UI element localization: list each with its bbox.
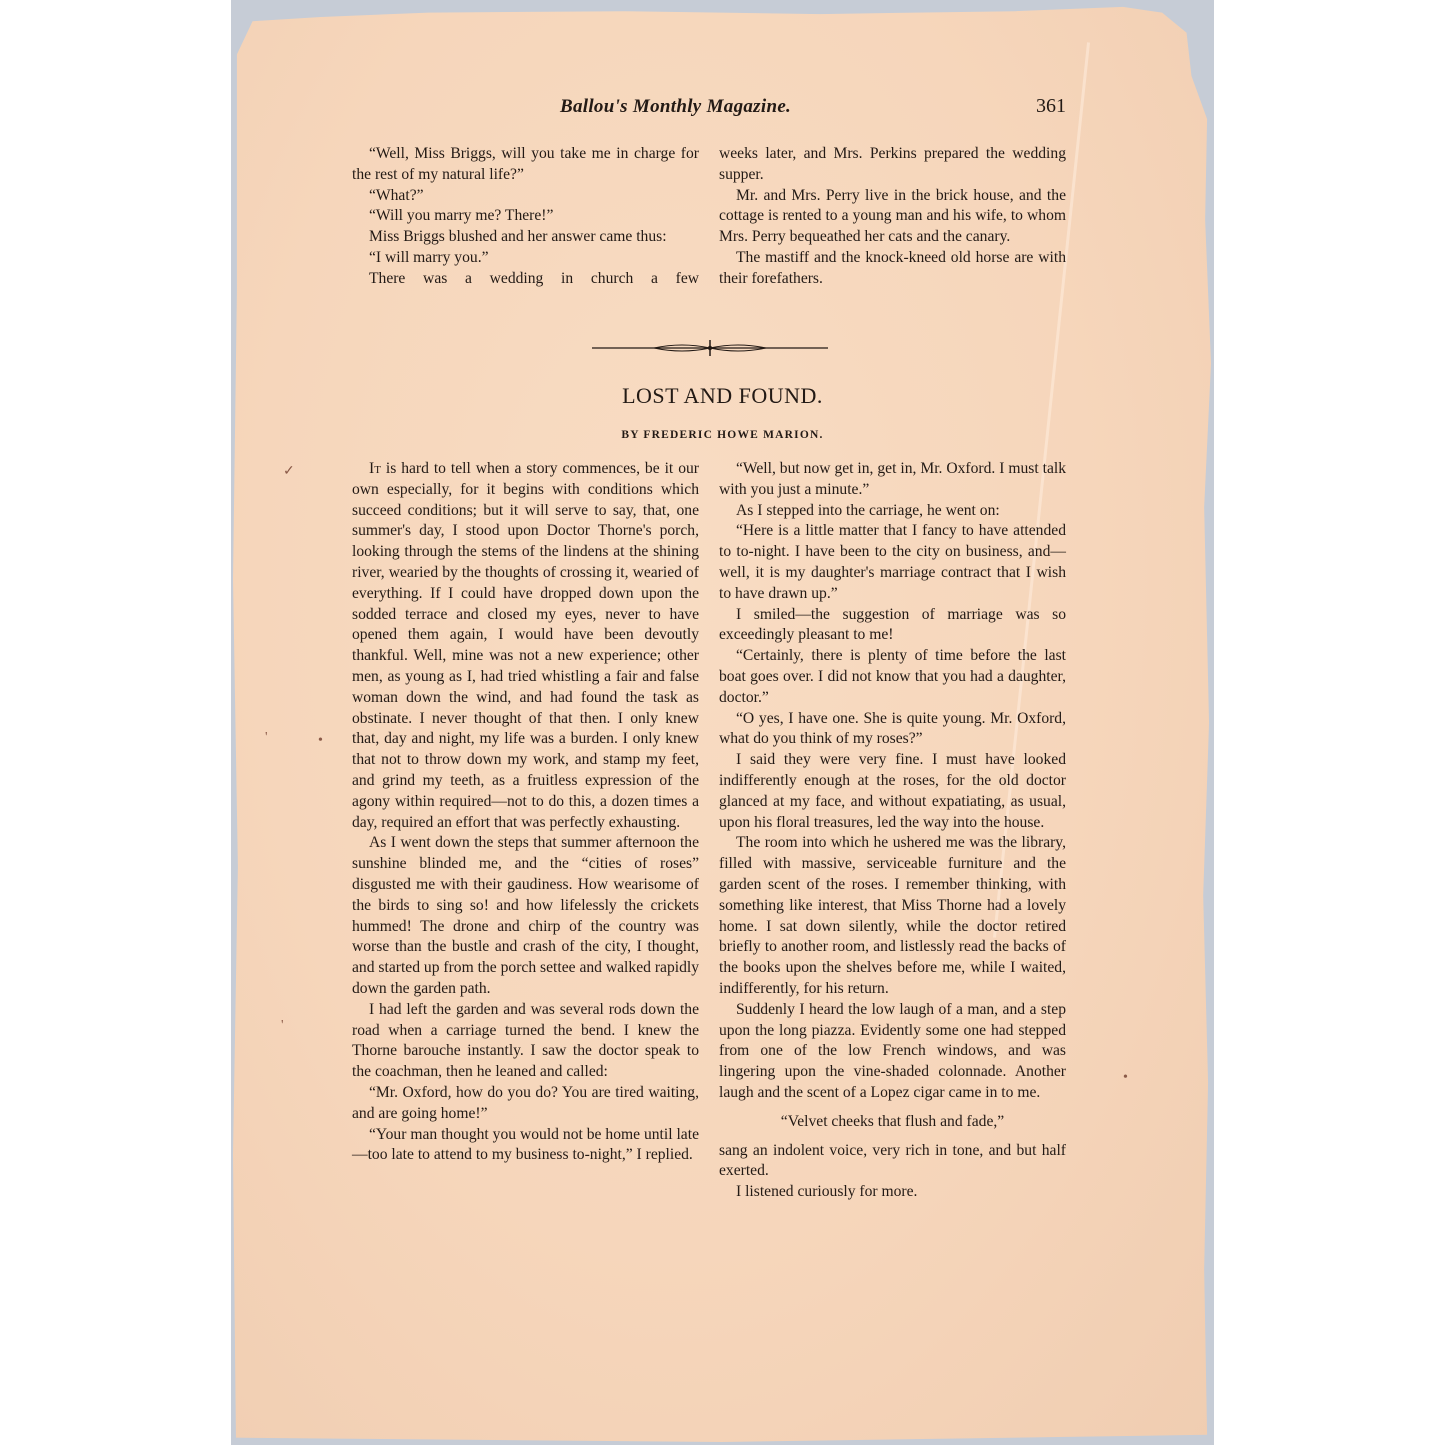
paragraph: sang an indolent voice, very rich in ton… bbox=[719, 1141, 1066, 1183]
previous-story-left-column: “Well, Miss Briggs, will you take me in … bbox=[352, 144, 699, 290]
paragraph: As I went down the steps that summer aft… bbox=[352, 833, 699, 999]
paragraph: “Well, Miss Briggs, will you take me in … bbox=[352, 144, 699, 186]
paragraph: “Well, but now get in, get in, Mr. Oxfor… bbox=[719, 459, 1066, 501]
running-title: Ballou's Monthly Magazine. bbox=[560, 96, 791, 118]
paragraph: The mastiff and the knock-kneed old hors… bbox=[719, 248, 1066, 290]
paragraph: I had left the garden and was several ro… bbox=[352, 1000, 699, 1083]
story-title: LOST AND FOUND. bbox=[0, 383, 1445, 409]
verse-line: “Velvet cheeks that flush and fade,” bbox=[719, 1112, 1066, 1133]
paragraph: “I will marry you.” bbox=[352, 248, 699, 269]
drop-word: It bbox=[369, 460, 381, 477]
page-number: 361 bbox=[1036, 95, 1066, 118]
paragraph: I smiled—the suggestion of marriage was … bbox=[719, 605, 1066, 647]
paragraph: “Here is a little matter that I fancy to… bbox=[719, 521, 1066, 604]
paragraph: The room into which he ushered me was th… bbox=[719, 833, 1066, 999]
paragraph: It is hard to tell when a story commence… bbox=[352, 459, 699, 833]
paragraph: “Mr. Oxford, how do you do? You are tire… bbox=[352, 1083, 699, 1125]
paragraph: “What?” bbox=[352, 186, 699, 207]
paragraph: “Your man thought you would not be home … bbox=[352, 1125, 699, 1167]
paragraph: I said they were very fine. I must have … bbox=[719, 750, 1066, 833]
margin-mark: ' bbox=[265, 730, 268, 746]
margin-mark: • bbox=[1123, 1070, 1128, 1086]
story-right-column: “Well, but now get in, get in, Mr. Oxfor… bbox=[719, 459, 1066, 1203]
paragraph: Miss Briggs blushed and her answer came … bbox=[352, 227, 699, 248]
previous-story-right-column: weeks later, and Mrs. Perkins prepared t… bbox=[719, 144, 1066, 290]
paragraph: Suddenly I heard the low laugh of a man,… bbox=[719, 1000, 1066, 1104]
paragraph: “O yes, I have one. She is quite young. … bbox=[719, 709, 1066, 751]
margin-mark: ✓ bbox=[283, 463, 295, 480]
story-left-column: It is hard to tell when a story commence… bbox=[352, 459, 699, 1166]
paragraph: “Certainly, there is plenty of time befo… bbox=[719, 646, 1066, 708]
paragraph: There was a wedding in church a few bbox=[352, 269, 699, 290]
paragraph: weeks later, and Mrs. Perkins prepared t… bbox=[719, 144, 1066, 186]
margin-mark: ' bbox=[281, 1018, 284, 1034]
paragraph: “Will you marry me? There!” bbox=[352, 206, 699, 227]
section-divider-ornament bbox=[592, 338, 828, 358]
paragraph: As I stepped into the carriage, he went … bbox=[719, 501, 1066, 522]
margin-mark: • bbox=[318, 733, 323, 749]
paragraph: Mr. and Mrs. Perry live in the brick hou… bbox=[719, 186, 1066, 248]
story-byline: BY FREDERIC HOWE MARION. bbox=[0, 429, 1445, 441]
paragraph: I listened curiously for more. bbox=[719, 1182, 1066, 1203]
paragraph-text: is hard to tell when a story commences, … bbox=[352, 460, 699, 831]
